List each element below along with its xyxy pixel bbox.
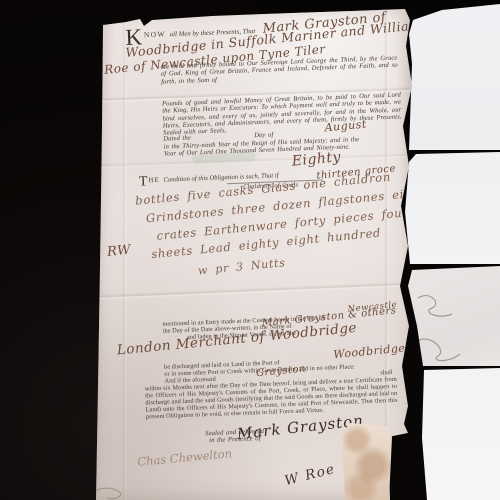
pen-flourish-icon [408,290,468,370]
handwritten-initials-rw: RW [107,243,132,260]
signature-flourish-icon [85,483,130,500]
paper-sheet-top [400,4,500,150]
day-of: Day of [254,131,273,139]
signature-witness: Chas Chewelton [137,446,233,469]
signature-w-roe: W Roe [283,461,337,489]
paper-sheet-bottom [400,368,500,500]
right-paper-stack [400,0,500,500]
photo-background: KNOW all Men by these Presents, That Mar… [0,0,500,500]
document-content: KNOW all Men by these Presents, That Mar… [125,16,423,496]
opening-caps: NOW [144,29,166,39]
handwritten-port-woodbridge: Woodbridge [333,341,406,361]
handwritten-goods-line: w pr 3 Nutts [197,256,286,277]
paper-sheet-middle [400,152,500,264]
paper-fragment [400,266,500,366]
drop-cap-t: T [139,176,148,188]
condition-caps: HE [148,177,159,184]
stained-corner [342,423,392,500]
handwritten-amount: Eighty [291,149,342,170]
embossed-stamp [192,152,256,163]
handwritten-month: August [324,117,367,134]
